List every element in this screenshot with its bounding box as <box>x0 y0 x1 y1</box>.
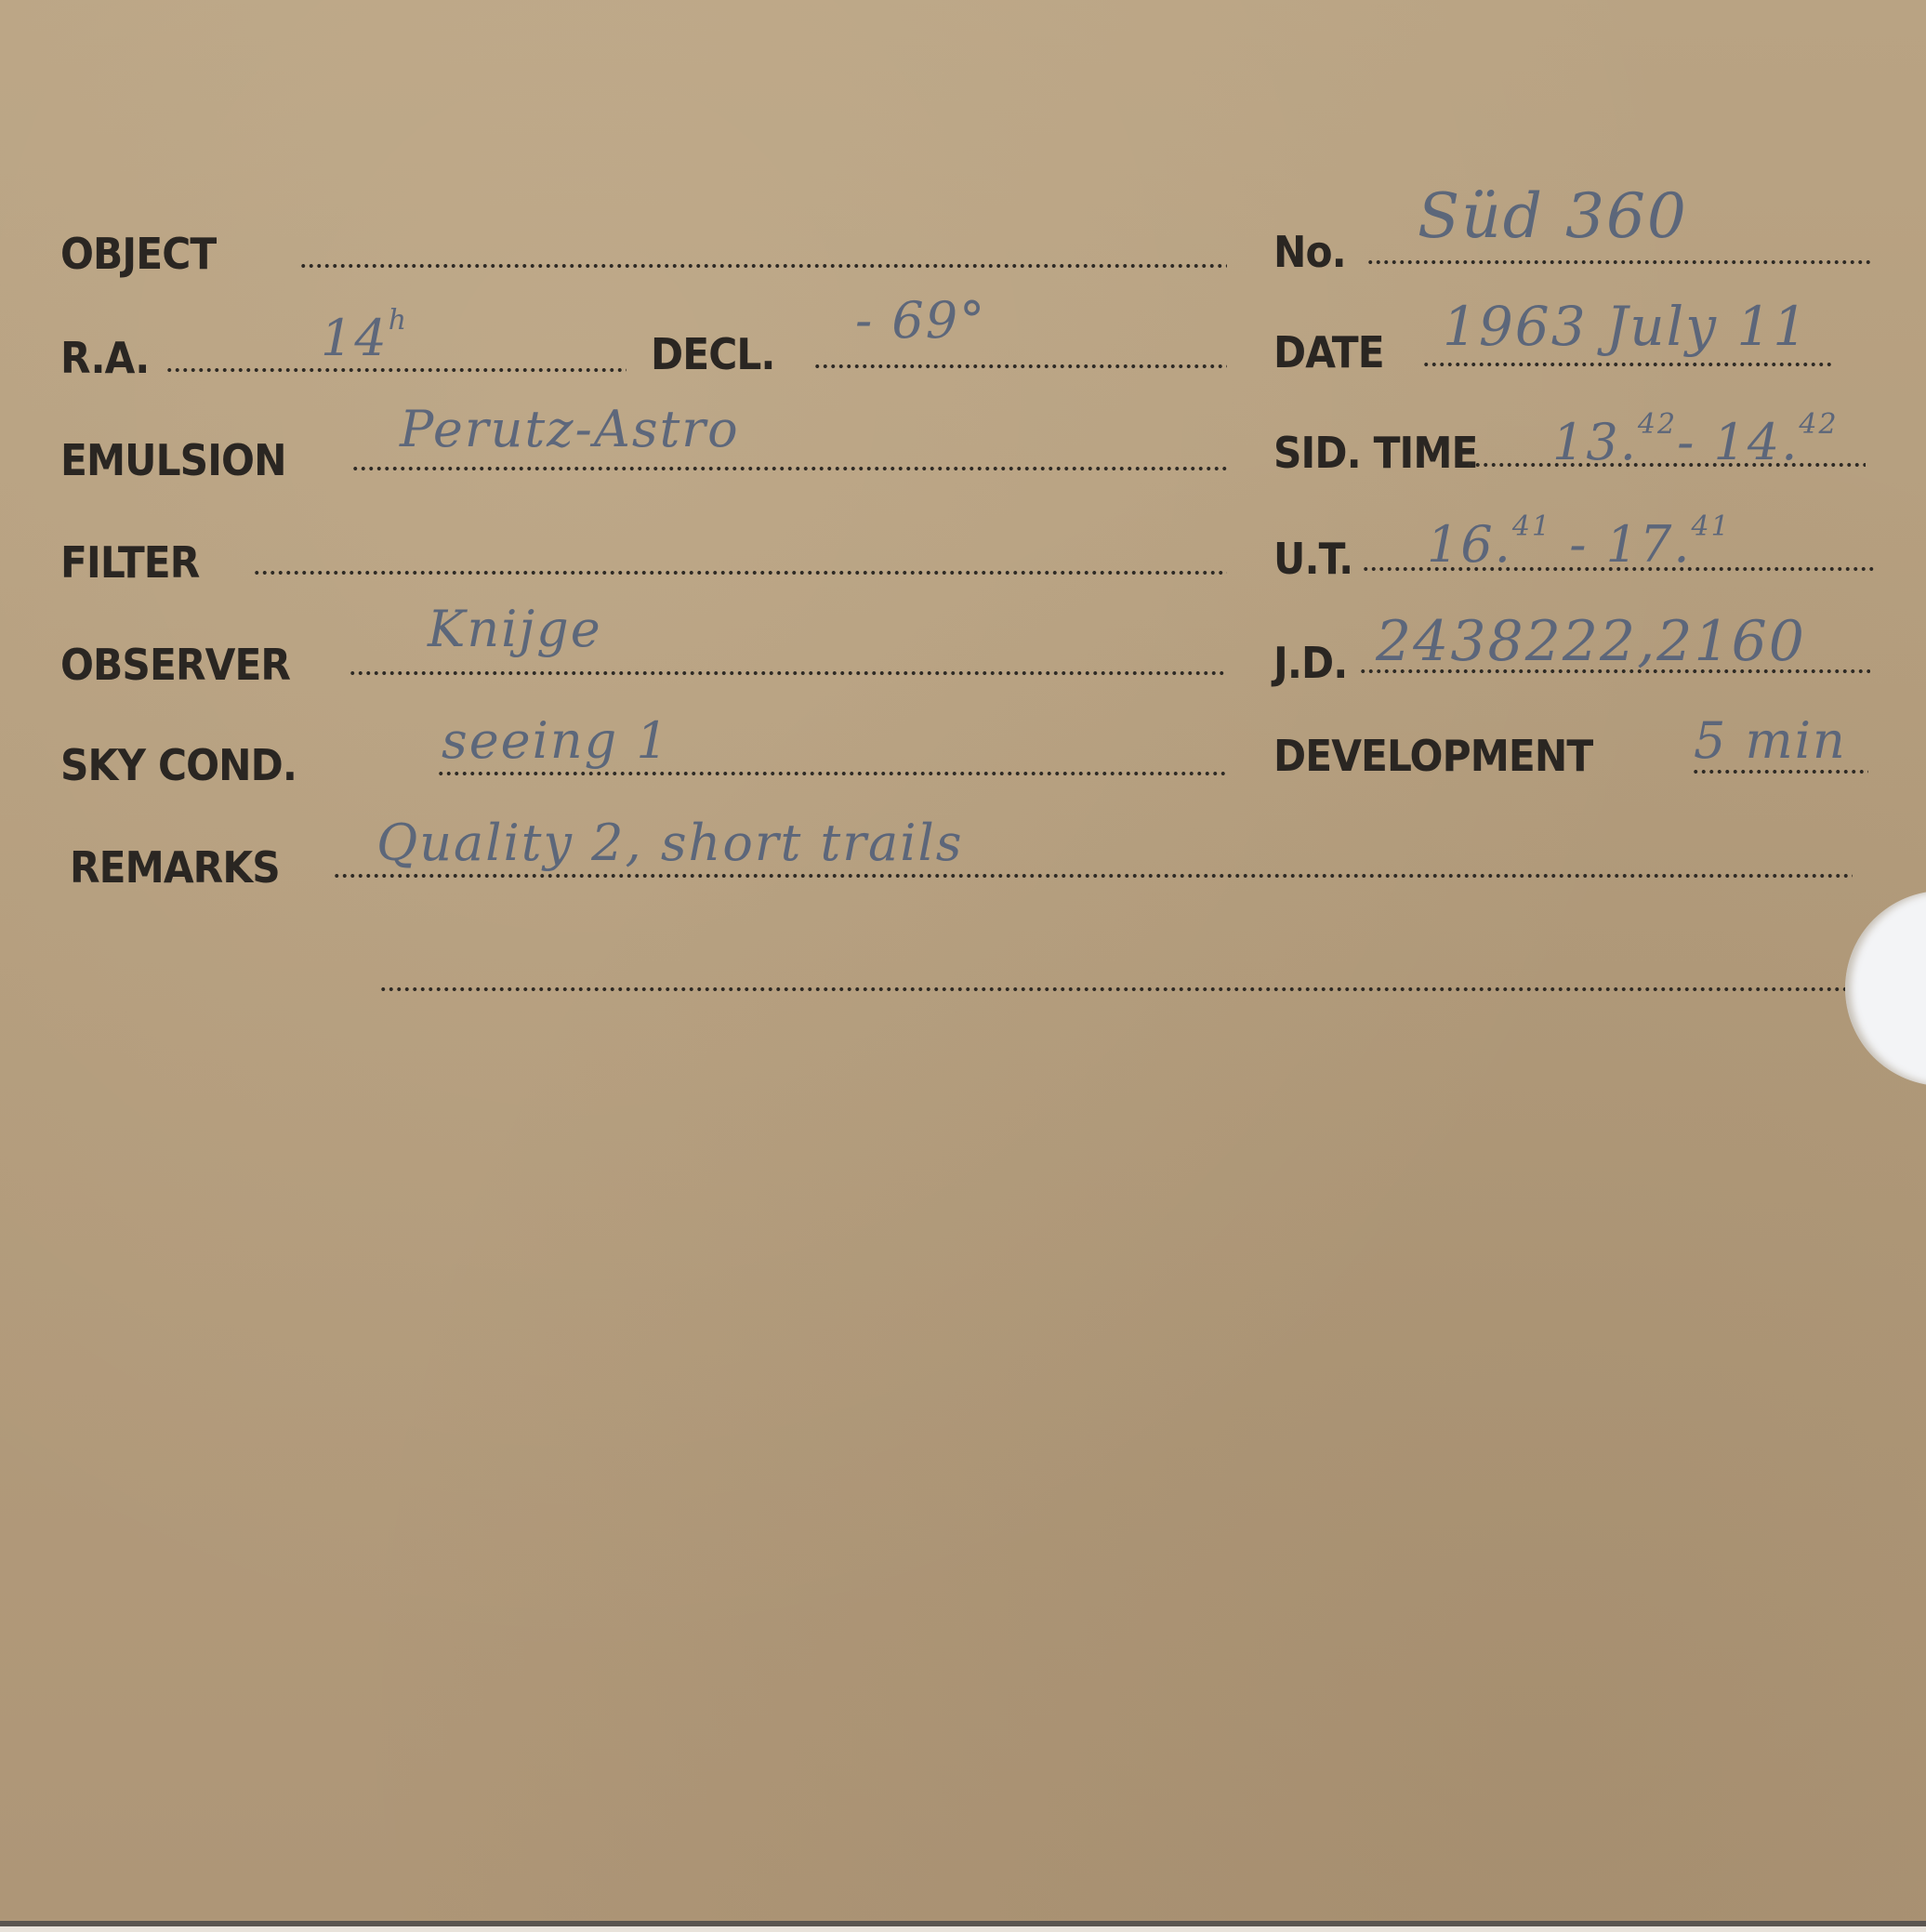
emulsion-value: Perutz-Astro <box>400 404 740 455</box>
ra-label: R.A. <box>60 337 149 379</box>
filter-field-line <box>253 571 1227 575</box>
date-value: 1963 July 11 <box>1443 299 1809 353</box>
scan-background-strip <box>0 1926 1926 1932</box>
filter-label: FILTER <box>60 541 199 584</box>
remarks-label: REMARKS <box>70 846 280 889</box>
emulsion-field-line <box>351 467 1227 470</box>
observer-label: OBSERVER <box>60 643 290 686</box>
object-label: OBJECT <box>60 232 216 275</box>
sky-cond-value: seeing 1 <box>442 716 670 766</box>
decl-value: - 69° <box>855 296 986 346</box>
development-label: DEVELOPMENT <box>1273 734 1592 777</box>
date-label: DATE <box>1273 331 1384 374</box>
no-label: No. <box>1273 231 1346 273</box>
observer-value: Knijge <box>428 604 602 655</box>
ra-field-line <box>165 368 627 372</box>
remarks-field-line <box>333 874 1853 878</box>
sky-cond-label: SKY COND. <box>60 744 297 787</box>
date-field-line <box>1422 363 1831 366</box>
development-value: 5 min <box>1694 716 1847 766</box>
object-field-line <box>299 264 1227 268</box>
decl-field-line <box>813 364 1227 368</box>
jd-value: 2438222,2160 <box>1376 614 1806 669</box>
emulsion-label: EMULSION <box>60 439 286 482</box>
sid-time-value: 13.42- 14.42 <box>1552 411 1839 468</box>
no-value: Süd 360 <box>1418 186 1688 247</box>
ut-label: U.T. <box>1273 537 1352 580</box>
development-field-line <box>1692 770 1868 774</box>
no-field-line <box>1366 260 1873 264</box>
remarks-value: Quality 2, short trails <box>376 818 963 868</box>
decl-label: DECL. <box>651 333 775 376</box>
photographic-plate-envelope <box>0 0 1926 1923</box>
remarks-continuation-line <box>379 987 1845 991</box>
observer-field-line <box>349 671 1227 675</box>
jd-label: J.D. <box>1273 642 1347 684</box>
ra-value: 14h <box>321 307 408 364</box>
sky-cond-field-line <box>437 772 1227 775</box>
ut-value: 16.41 - 17.41 <box>1427 513 1731 570</box>
sid-time-label: SID. TIME <box>1273 431 1478 474</box>
